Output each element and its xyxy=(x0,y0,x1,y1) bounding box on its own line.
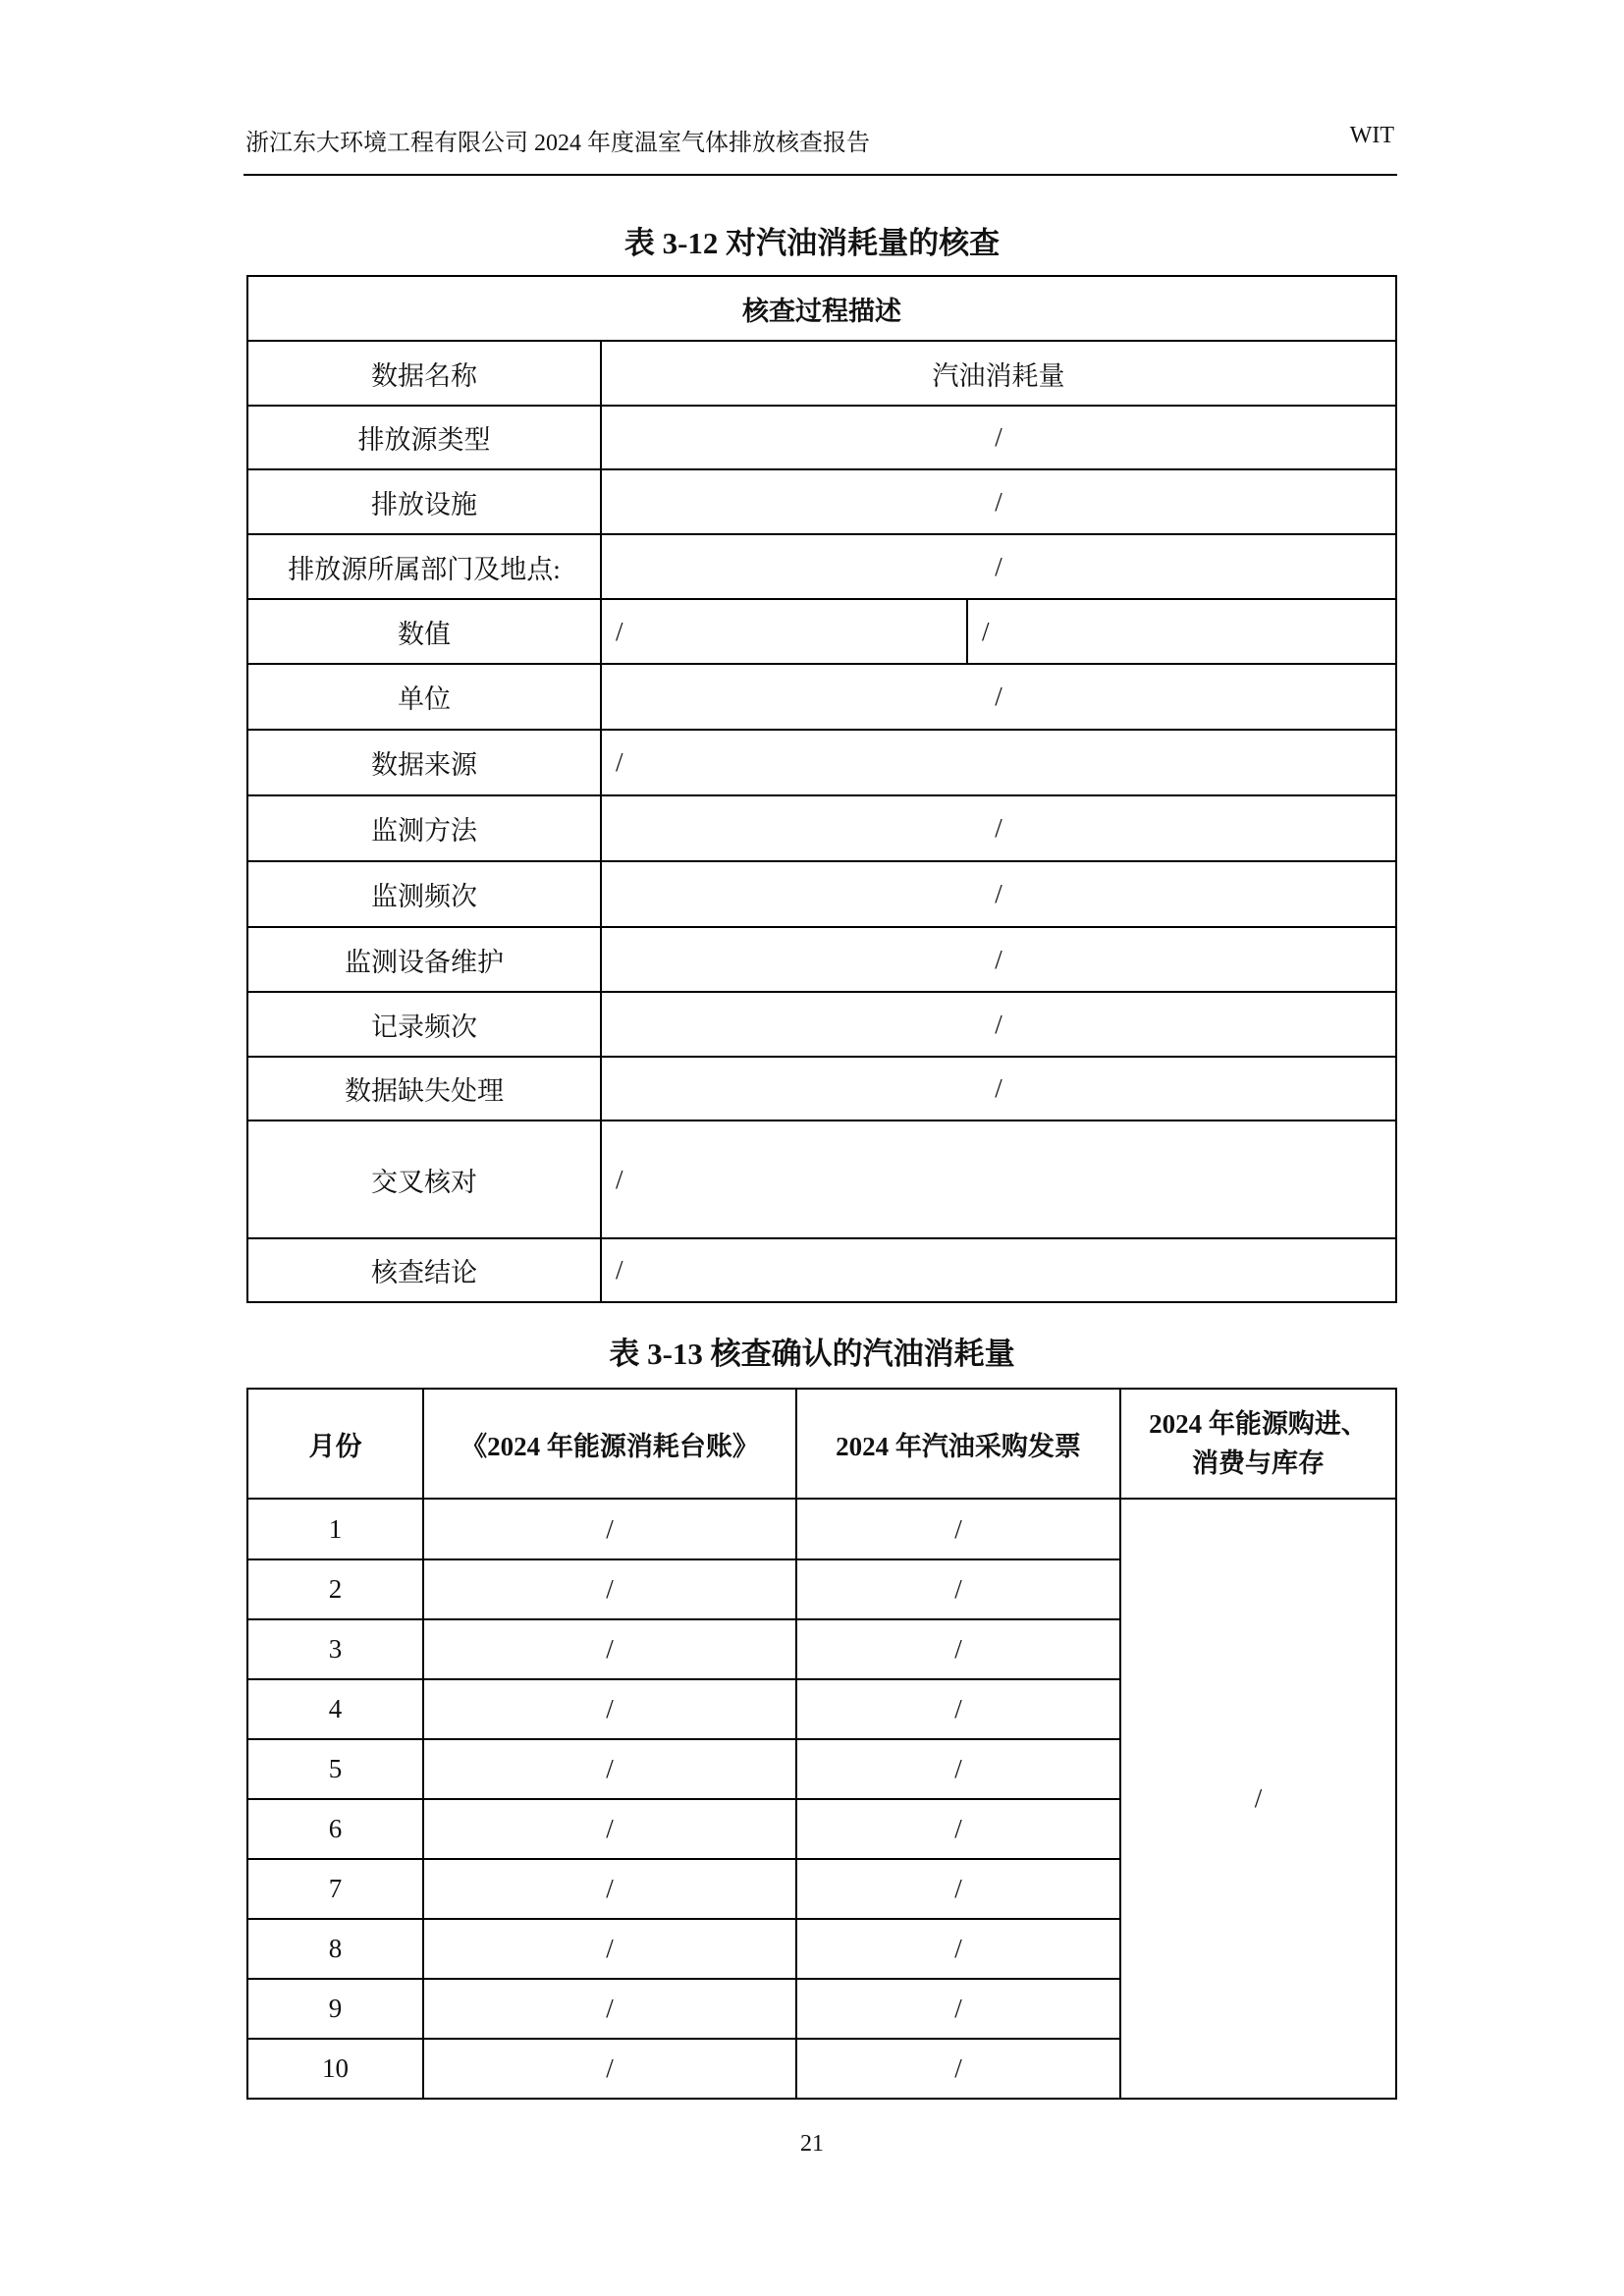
table-row: 1/// xyxy=(247,1499,1396,1559)
row-label: 核查结论 xyxy=(247,1238,601,1302)
invoice-cell: / xyxy=(796,2039,1120,2099)
header-row: 月份 《2024 年能源消耗台账》 2024 年汽油采购发票 2024 年能源购… xyxy=(247,1389,1396,1499)
row-label: 记录频次 xyxy=(247,992,601,1057)
table-row: 排放源所属部门及地点:/ xyxy=(247,534,1396,599)
month-cell: 4 xyxy=(247,1679,423,1739)
row-label: 监测方法 xyxy=(247,795,601,861)
row-value: / xyxy=(601,1057,1396,1121)
merged-inventory-cell: / xyxy=(1120,1499,1396,2099)
row-label: 监测设备维护 xyxy=(247,927,601,992)
month-cell: 3 xyxy=(247,1619,423,1679)
table-row: 数据缺失处理/ xyxy=(247,1057,1396,1121)
month-cell: 7 xyxy=(247,1859,423,1919)
row-label: 排放源所属部门及地点: xyxy=(247,534,601,599)
table-row: 监测设备维护/ xyxy=(247,927,1396,992)
row-value: / xyxy=(601,534,1396,599)
page-header: 浙江东大环境工程有限公司 2024 年度温室气体排放核查报告 WIT xyxy=(245,123,1394,162)
table-row: 数值// xyxy=(247,599,1396,664)
month-cell: 9 xyxy=(247,1979,423,2039)
col-invoice: 2024 年汽油采购发票 xyxy=(796,1389,1120,1499)
row-label: 排放设施 xyxy=(247,469,601,534)
invoice-cell: / xyxy=(796,1619,1120,1679)
row-value: / xyxy=(601,469,1396,534)
invoice-cell: / xyxy=(796,1919,1120,1979)
table1-title: 表 3-12 对汽油消耗量的核查 xyxy=(0,218,1624,262)
row-label: 交叉核对 xyxy=(247,1121,601,1238)
row-label: 数据来源 xyxy=(247,730,601,795)
invoice-cell: / xyxy=(796,1559,1120,1619)
ledger-cell: / xyxy=(423,1559,796,1619)
row-value: / xyxy=(601,664,1396,730)
table-row: 排放设施/ xyxy=(247,469,1396,534)
ledger-cell: / xyxy=(423,1859,796,1919)
row-label: 监测频次 xyxy=(247,861,601,927)
ledger-cell: / xyxy=(423,1979,796,2039)
row-value: / xyxy=(601,1238,1396,1302)
month-cell: 10 xyxy=(247,2039,423,2099)
row-value: / xyxy=(601,795,1396,861)
ledger-cell: / xyxy=(423,1679,796,1739)
table-row: 监测频次/ xyxy=(247,861,1396,927)
row-value: 汽油消耗量 xyxy=(601,341,1396,406)
invoice-cell: / xyxy=(796,1679,1120,1739)
ledger-cell: / xyxy=(423,1919,796,1979)
row-label: 单位 xyxy=(247,664,601,730)
table2-title: 表 3-13 核查确认的汽油消耗量 xyxy=(0,1329,1624,1373)
col-ledger: 《2024 年能源消耗台账》 xyxy=(423,1389,796,1499)
table-row: 记录频次/ xyxy=(247,992,1396,1057)
table-row: 数据来源/ xyxy=(247,730,1396,795)
invoice-cell: / xyxy=(796,1499,1120,1559)
row-label: 排放源类型 xyxy=(247,406,601,469)
ledger-cell: / xyxy=(423,1619,796,1679)
section-header: 核查过程描述 xyxy=(247,276,1396,341)
col-month: 月份 xyxy=(247,1389,423,1499)
table-row: 排放源类型/ xyxy=(247,406,1396,469)
row-value: / xyxy=(601,406,1396,469)
month-cell: 6 xyxy=(247,1799,423,1859)
row-label: 数据名称 xyxy=(247,341,601,406)
page-number: 21 xyxy=(0,2131,1624,2158)
row-value: / xyxy=(601,861,1396,927)
header-code: WIT xyxy=(1350,123,1394,149)
table-row: 核查结论/ xyxy=(247,1238,1396,1302)
report-title: 浙江东大环境工程有限公司 2024 年度温室气体排放核查报告 xyxy=(245,123,870,157)
row-value-2: / xyxy=(967,599,1396,664)
invoice-cell: / xyxy=(796,1799,1120,1859)
month-cell: 2 xyxy=(247,1559,423,1619)
row-value: / xyxy=(601,730,1396,795)
ledger-cell: / xyxy=(423,2039,796,2099)
gasoline-consumption-table: 月份 《2024 年能源消耗台账》 2024 年汽油采购发票 2024 年能源购… xyxy=(246,1388,1397,2100)
table-row: 交叉核对/ xyxy=(247,1121,1396,1238)
row-label: 数值 xyxy=(247,599,601,664)
row-label: 数据缺失处理 xyxy=(247,1057,601,1121)
row-value: / xyxy=(601,992,1396,1057)
row-value: / xyxy=(601,927,1396,992)
invoice-cell: / xyxy=(796,1859,1120,1919)
ledger-cell: / xyxy=(423,1739,796,1799)
month-cell: 8 xyxy=(247,1919,423,1979)
invoice-cell: / xyxy=(796,1979,1120,2039)
invoice-cell: / xyxy=(796,1739,1120,1799)
col-energy-inventory: 2024 年能源购进、消费与库存 xyxy=(1120,1389,1396,1499)
verification-table: 核查过程描述 数据名称汽油消耗量 排放源类型/ 排放设施/ 排放源所属部门及地点… xyxy=(246,275,1397,1303)
table-row: 单位/ xyxy=(247,664,1396,730)
month-cell: 1 xyxy=(247,1499,423,1559)
ledger-cell: / xyxy=(423,1499,796,1559)
month-cell: 5 xyxy=(247,1739,423,1799)
table-row: 监测方法/ xyxy=(247,795,1396,861)
row-value: / xyxy=(601,1121,1396,1238)
row-value: / xyxy=(601,599,967,664)
header-divider xyxy=(244,174,1397,176)
table-row: 数据名称汽油消耗量 xyxy=(247,341,1396,406)
ledger-cell: / xyxy=(423,1799,796,1859)
